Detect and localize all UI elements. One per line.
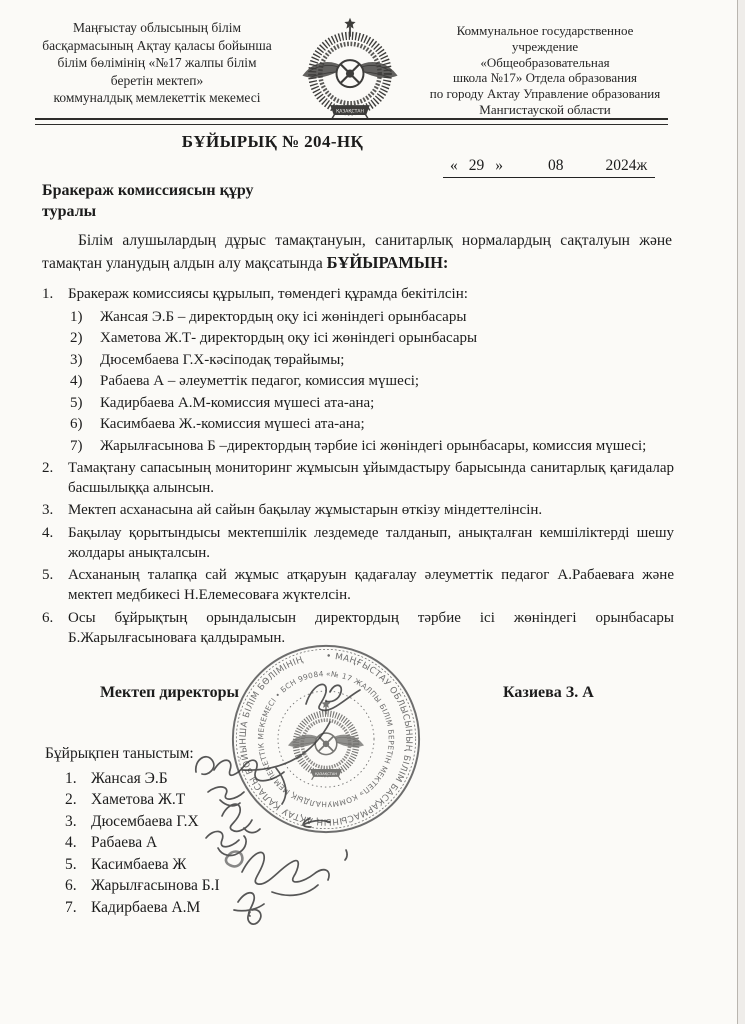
date-month: 08: [548, 157, 564, 175]
item-number: 6.: [42, 608, 68, 648]
acknowledgement-row: 3. Дюсембаева Г.Х: [65, 811, 220, 833]
subitem-number: 2): [70, 328, 100, 348]
letterhead-russian: Коммунальное государственное учреждение …: [414, 14, 676, 118]
ack-number: 7.: [65, 897, 91, 919]
letterhead-russian-line: Коммунальное государственное: [414, 23, 676, 39]
acknowledgement-section: Бұйрықпен таныстым: 1. Жансая Э.Б 2. Хам…: [45, 743, 220, 918]
date-close-quote: »: [488, 157, 510, 175]
letterhead-kazakh-line: басқармасының Ақтау қаласы бойынша: [28, 37, 286, 55]
letterhead-kazakh-line: беретін мектеп»: [28, 72, 286, 90]
item-number: 2.: [42, 458, 68, 498]
date-day: 29: [465, 157, 489, 175]
subitem-number: 4): [70, 371, 100, 391]
commission-member: 2) Хаметова Ж.Т- директордың оқу ісі жөн…: [70, 328, 674, 348]
ack-number: 6.: [65, 875, 91, 897]
order-item-list: 1. Бракераж комиссиясы құрылып, төмендег…: [42, 284, 674, 650]
subitem-number: 3): [70, 350, 100, 370]
order-item: 5. Асхананың талапқа сай жұмыс атқаруын …: [42, 565, 674, 605]
scanned-order-document: Маңғыстау облысының білім басқармасының …: [0, 0, 745, 1024]
date-open-quote: «: [443, 157, 465, 175]
commission-member: 5) Кадирбаева А.М-комиссия мүшесі ата-ан…: [70, 393, 674, 413]
order-item: 4. Бақылау қорытындысы мектепшілік лезде…: [42, 523, 674, 563]
commission-member-list: 1) Жансая Э.Б – директордың оқу ісі жөні…: [70, 307, 674, 456]
subitem-text: Касимбаева Ж.-комиссия мүшесі ата-ана;: [100, 414, 674, 434]
official-round-stamp: • МАҢҒЫСТАУ ОБЛЫСЫНЫҢ БІЛІМ БАСҚАРМАСЫНЫ…: [228, 641, 424, 837]
item-text: Бақылау қорытындысы мектепшілік лездемед…: [68, 523, 674, 563]
item-text: Тамақтану сапасының мониторинг жұмысын ұ…: [68, 458, 674, 498]
acknowledgement-title: Бұйрықпен таныстым:: [45, 743, 220, 765]
order-subject-line: Бракераж комиссиясын құру: [42, 180, 254, 201]
commission-member: 6) Касимбаева Ж.-комиссия мүшесі ата-ана…: [70, 414, 674, 434]
commission-member: 7) Жарылғасынова Б –директордың тәрбие і…: [70, 436, 674, 456]
kazakhstan-coat-of-arms-icon: [286, 14, 414, 124]
item-text: Асхананың талапқа сай жұмыс атқаруын қад…: [68, 565, 674, 605]
subitem-number: 7): [70, 436, 100, 456]
subitem-number: 5): [70, 393, 100, 413]
order-item: 1. Бракераж комиссиясы құрылып, төмендег…: [42, 284, 674, 304]
item-number: 3.: [42, 500, 68, 520]
item-text: Мектеп асханасына ай сайын бақылау жұмыс…: [68, 500, 674, 520]
ack-number: 5.: [65, 854, 91, 876]
acknowledgement-row: 1. Жансая Э.Б: [65, 768, 220, 790]
commission-member: 4) Рабаева А – әлеуметтік педагог, комис…: [70, 371, 674, 391]
ack-name: Кадирбаева А.М: [91, 897, 200, 919]
letterhead-russian-line: учреждение: [414, 39, 676, 55]
order-subject: Бракераж комиссиясын құру туралы: [42, 180, 254, 222]
scan-edge-line: [737, 0, 738, 1024]
order-date: « 29 » 08 2024ж: [443, 157, 655, 178]
subitem-text: Кадирбаева А.М-комиссия мүшесі ата-ана;: [100, 393, 674, 413]
item-text: Бракераж комиссиясы құрылып, төмендегі қ…: [68, 284, 674, 304]
ack-number: 1.: [65, 768, 91, 790]
ack-name: Дюсембаева Г.Х: [91, 811, 199, 833]
letterhead-russian-line: «Общеобразовательная: [414, 55, 676, 71]
item-number: 4.: [42, 523, 68, 563]
item-number: 1.: [42, 284, 68, 304]
letterhead-kazakh-line: коммуналдық мемлекеттік мекемесі: [28, 89, 286, 107]
ack-name: Жансая Э.Б: [91, 768, 168, 790]
item-number: 5.: [42, 565, 68, 605]
letterhead-russian-line: школа №17» Отдела образования: [414, 70, 676, 86]
letterhead-russian-line: по городу Актау Управление образования: [414, 86, 676, 102]
commission-member: 1) Жансая Э.Б – директордың оқу ісі жөні…: [70, 307, 674, 327]
subitem-text: Жансая Э.Б – директордың оқу ісі жөнінде…: [100, 307, 674, 327]
ack-number: 2.: [65, 789, 91, 811]
letterhead-divider: [35, 118, 668, 125]
ack-name: Рабаева А: [91, 832, 157, 854]
director-name: Казиева З. А: [503, 684, 594, 702]
acknowledgement-row: 5. Касимбаева Ж: [65, 854, 220, 876]
acknowledgement-row: 4. Рабаева А: [65, 832, 220, 854]
order-title: БҰЙЫРЫҚ № 204-НҚ: [0, 132, 545, 152]
subitem-number: 6): [70, 414, 100, 434]
acknowledgement-row: 6. Жарылғасынова Б.І: [65, 875, 220, 897]
letterhead: Маңғыстау облысының білім басқармасының …: [28, 14, 676, 124]
acknowledgement-row: 2. Хаметова Ж.Т: [65, 789, 220, 811]
subitem-number: 1): [70, 307, 100, 327]
order-item: 3. Мектеп асханасына ай сайын бақылау жұ…: [42, 500, 674, 520]
letterhead-kazakh-line: білім бөлімінің «№17 жалпы білім: [28, 54, 286, 72]
subitem-text: Жарылғасынова Б –директордың тәрбие ісі …: [100, 436, 674, 456]
ack-number: 3.: [65, 811, 91, 833]
subitem-text: Рабаева А – әлеуметтік педагог, комиссия…: [100, 371, 674, 391]
ack-name: Касимбаева Ж: [91, 854, 186, 876]
commission-member: 3) Дюсембаева Г.Х-кәсіподақ төрайымы;: [70, 350, 674, 370]
director-title-label: Мектеп директоры: [100, 684, 239, 702]
date-year: 2024ж: [606, 157, 648, 175]
letterhead-kazakh: Маңғыстау облысының білім басқармасының …: [28, 14, 286, 107]
acknowledgement-row: 7. Кадирбаева А.М: [65, 897, 220, 919]
letterhead-russian-line: Мангистауской области: [414, 102, 676, 118]
intro-decree-word: БҰЙЫРАМЫН:: [327, 253, 449, 272]
order-item: 2. Тамақтану сапасының мониторинг жұмысы…: [42, 458, 674, 498]
scan-edge-shade: [738, 0, 745, 1024]
order-subject-line: туралы: [42, 201, 254, 222]
ack-name: Хаметова Ж.Т: [91, 789, 185, 811]
subitem-text: Хаметова Ж.Т- директордың оқу ісі жөнінд…: [100, 328, 674, 348]
order-intro: Білім алушылардың дұрыс тамақтануын, сан…: [42, 230, 672, 274]
subitem-text: Дюсембаева Г.Х-кәсіподақ төрайымы;: [100, 350, 674, 370]
ack-name: Жарылғасынова Б.І: [91, 875, 220, 897]
ack-number: 4.: [65, 832, 91, 854]
letterhead-kazakh-line: Маңғыстау облысының білім: [28, 19, 286, 37]
